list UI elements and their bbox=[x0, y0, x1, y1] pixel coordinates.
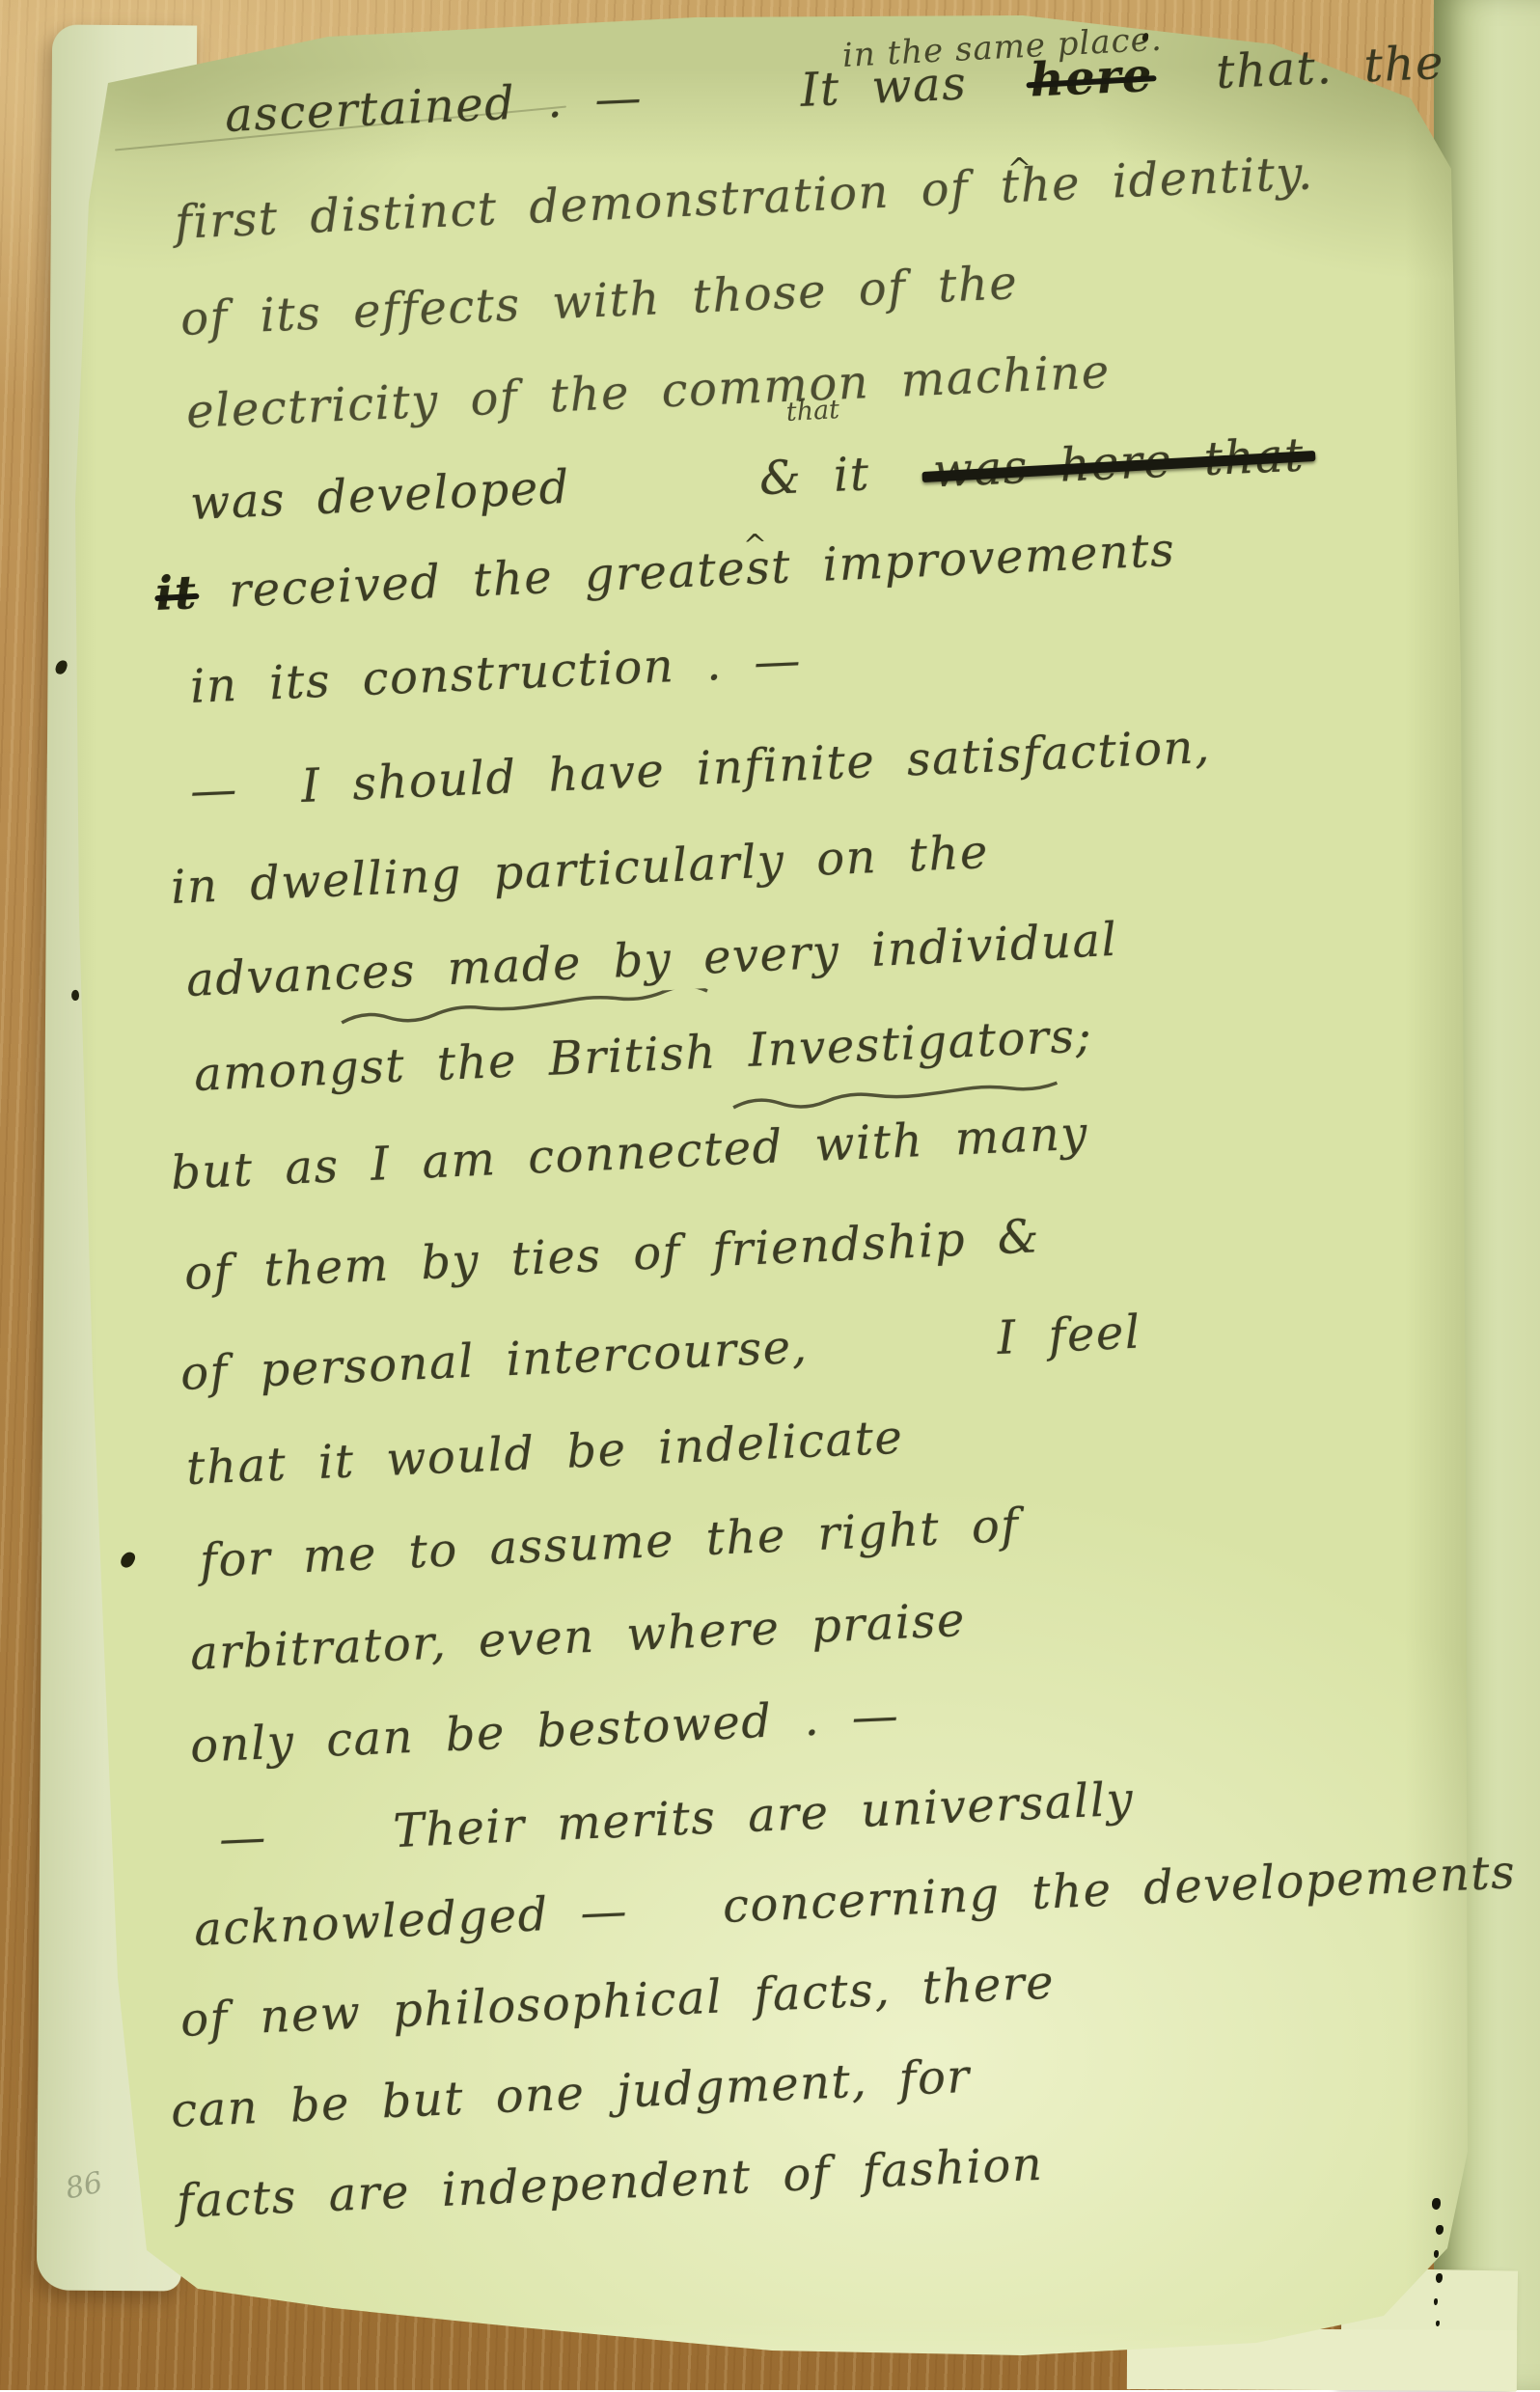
ink-dots-column bbox=[1428, 2198, 1444, 2326]
ink-dot bbox=[1436, 2321, 1440, 2326]
ink-dot bbox=[1432, 2198, 1441, 2210]
struck-text: it bbox=[154, 565, 199, 621]
line-text: that. the bbox=[1152, 36, 1445, 102]
ink-dot bbox=[1436, 2225, 1444, 2235]
ink-dot bbox=[1436, 2273, 1443, 2283]
wood-desk-surface: in the same place. ascertained . — It wa… bbox=[0, 0, 1540, 2390]
interlinear-insertion: that bbox=[785, 395, 840, 427]
ink-dot bbox=[1434, 2250, 1439, 2258]
ink-dot bbox=[1434, 2298, 1438, 2305]
struck-text: here bbox=[1029, 48, 1154, 107]
